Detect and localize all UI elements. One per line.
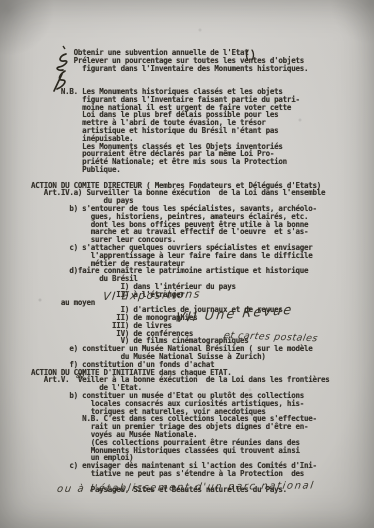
handwritten-margin-mark-icon xyxy=(50,44,76,96)
scanned-typewritten-page: Obtenir une subvention annuelle de l'Eta… xyxy=(0,0,374,528)
typewritten-text: Obtenir une subvention annuelle de l'Eta… xyxy=(31,49,330,493)
handwritten-inserted-item-letter: a) xyxy=(75,371,85,381)
handwritten-note-expositions: VI Expositions xyxy=(102,287,201,303)
handwritten-correction-mark-icon xyxy=(244,49,256,61)
